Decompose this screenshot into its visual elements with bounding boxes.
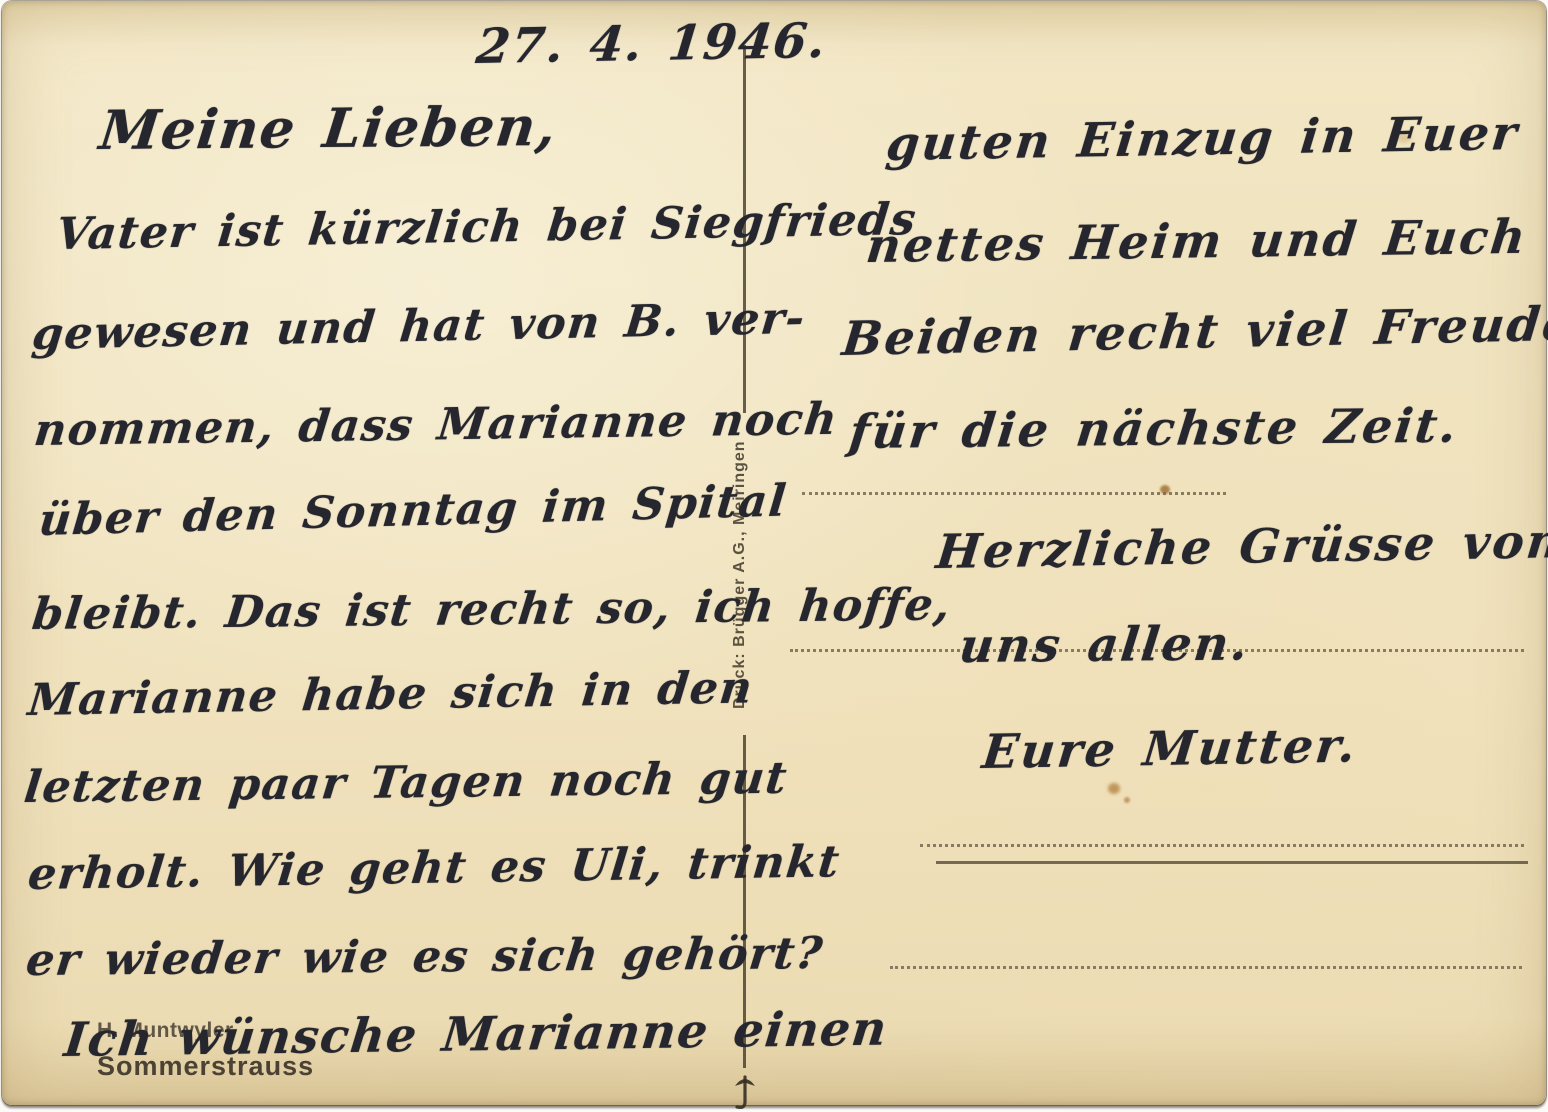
- handwritten-line-left-3: gewesen und hat von B. ver-: [30, 297, 808, 357]
- handwritten-line-left-10: er wieder wie es sich gehört?: [24, 932, 826, 983]
- address-ruling-line-1: [802, 492, 1226, 495]
- handwritten-line-right-4: für die nächste Zeit.: [847, 403, 1461, 456]
- handwritten-line-left-11: Ich wünsche Marianne einen: [62, 1006, 890, 1064]
- handwritten-line-right-1: guten Einzug in Euer: [884, 110, 1521, 168]
- handwritten-line-right-3: Beiden recht viel Freude: [840, 301, 1548, 363]
- handwritten-line-left-4: nommen, dass Marianne noch: [32, 398, 840, 453]
- address-ruling-line-4: [890, 966, 1522, 969]
- postcard-back: Druck: Brügger A.G., Meiringen H. Muntwy…: [2, 1, 1546, 1105]
- handwritten-line-right-6: uns allen.: [957, 620, 1252, 670]
- signature-line: Eure Mutter.: [980, 722, 1360, 776]
- handwritten-line-left-8: letzten paar Tagen noch gut: [22, 757, 790, 810]
- address-ruling-line-3-solid: [936, 861, 1528, 864]
- date-handwritten: 27. 4. 1946.: [474, 17, 829, 71]
- salutation-line: Meine Lieben,: [97, 99, 560, 157]
- address-ruling-line-3: [920, 844, 1524, 847]
- printer-mark-icon: [732, 1071, 758, 1111]
- handwritten-line-left-5: über den Sonntag im Spital: [37, 479, 789, 543]
- handwritten-line-left-6: bleibt. Das ist recht so, ich hoffe,: [30, 583, 954, 637]
- paper-stain: [1108, 783, 1120, 794]
- handwritten-line-left-2: Vater ist kürzlich bei Siegfrieds: [54, 198, 919, 257]
- handwritten-line-left-9: erholt. Wie geht es Uli, trinkt: [26, 840, 842, 897]
- handwritten-line-right-5: Herzliche Grüsse von: [934, 518, 1548, 576]
- paper-stain: [1124, 797, 1130, 803]
- handwritten-line-left-7: Marianne habe sich in den: [26, 666, 755, 723]
- handwritten-line-right-2: nettes Heim und Euch: [864, 214, 1530, 270]
